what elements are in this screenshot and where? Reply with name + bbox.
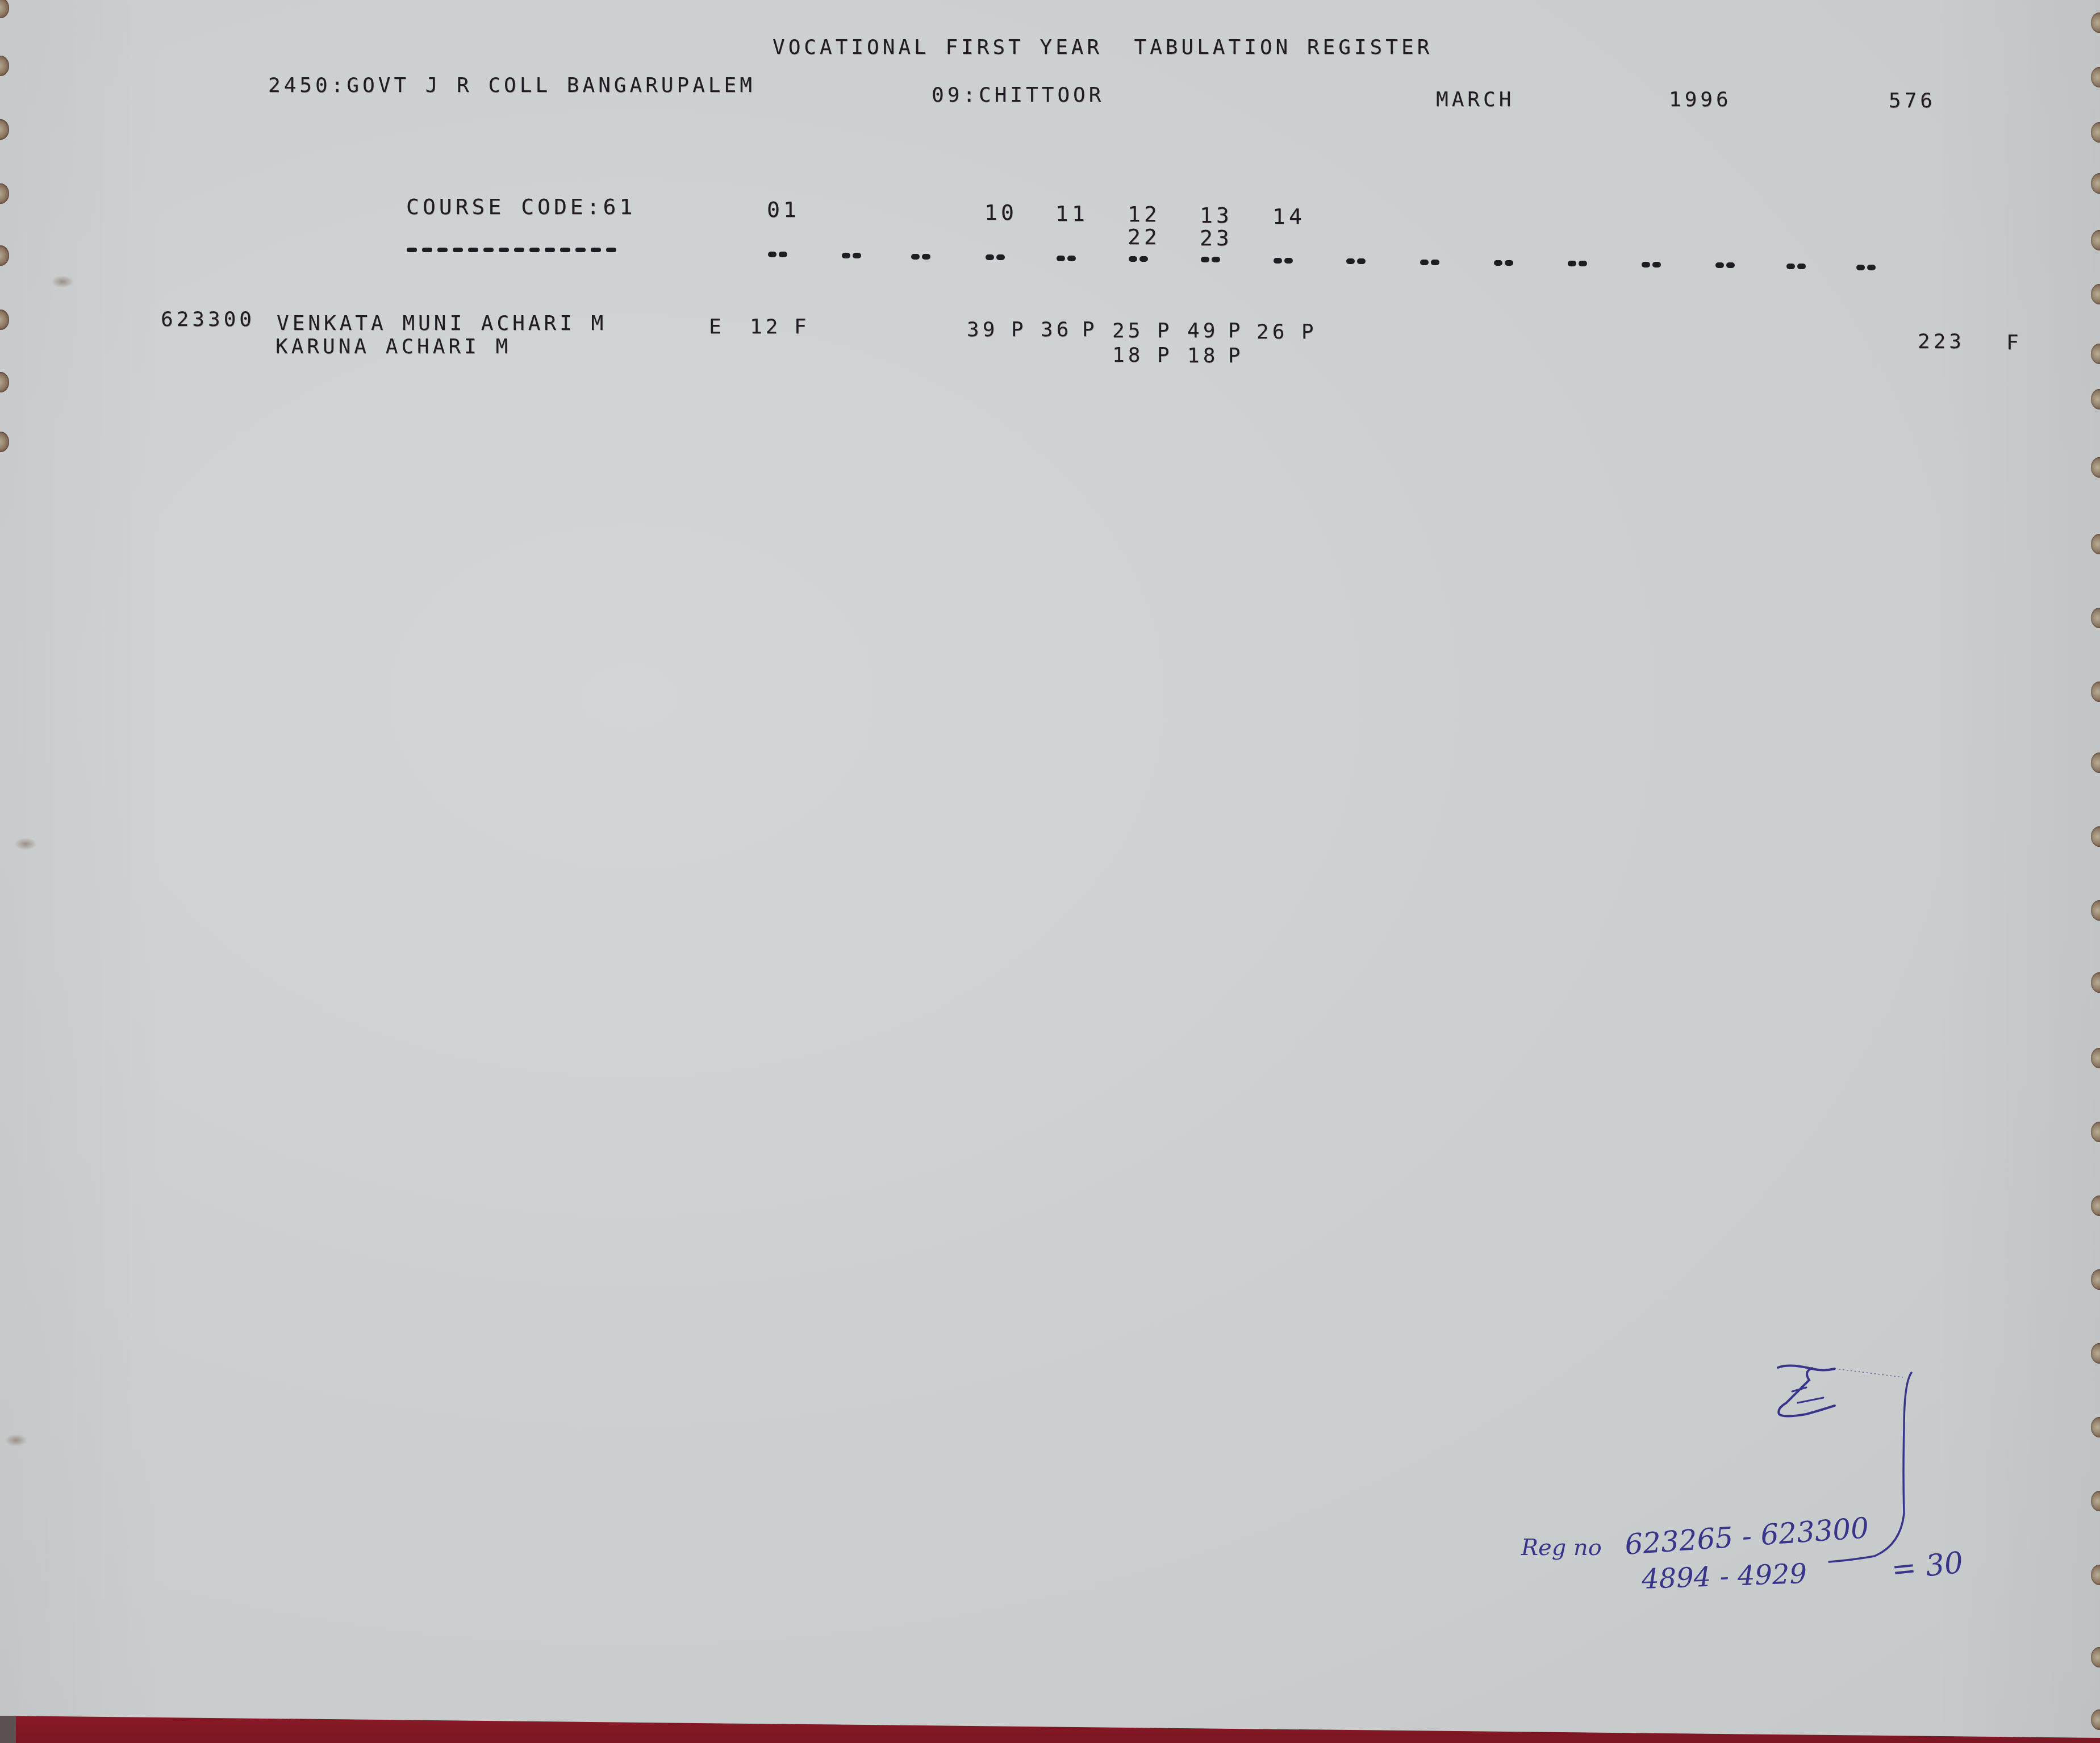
handwritten-reg-label: Reg no	[1521, 1536, 1602, 1559]
hall-ticket-number: 623300	[161, 310, 255, 330]
final-result: F	[2006, 333, 2022, 353]
feed-hole-icon	[2091, 1647, 2100, 1667]
feed-hole-icon	[2091, 12, 2100, 33]
subject-01-result: F	[794, 317, 810, 337]
subject-14-marks: 26	[1256, 322, 1288, 342]
feed-hole-icon	[0, 56, 9, 76]
exam-year: 1996	[1669, 90, 1732, 110]
subject-14-result: P	[1301, 322, 1317, 342]
feed-hole-icon	[2091, 344, 2100, 364]
subject-12-result: P	[1157, 321, 1173, 341]
column-separator	[1057, 256, 1076, 261]
feed-hole-icon	[2091, 682, 2100, 702]
subject-22-marks: 18	[1112, 345, 1143, 366]
feed-hole-icon	[2091, 173, 2100, 194]
page-number: 576	[1889, 91, 1936, 111]
subject-code-01: 01	[767, 199, 800, 220]
feed-hole-icon	[0, 0, 9, 18]
column-separator	[1420, 260, 1439, 265]
feed-hole-icon	[2091, 284, 2100, 304]
subject-code-12: 12	[1128, 203, 1160, 225]
binder-edge	[0, 1709, 2100, 1743]
feed-hole-icon	[2091, 1709, 2100, 1730]
subject-23-marks: 18	[1187, 346, 1218, 366]
feed-hole-icon	[2091, 1048, 2100, 1068]
subject-13-result: P	[1228, 321, 1244, 341]
column-separator	[768, 252, 787, 257]
subject-10-result: P	[1011, 320, 1027, 340]
feed-hole-icon	[0, 119, 9, 140]
course-code-label: COURSE CODE:61	[406, 196, 636, 218]
feed-hole-icon	[0, 432, 9, 452]
feed-hole-icon	[2091, 826, 2100, 847]
subject-22-result: P	[1157, 345, 1173, 366]
course-code-underline	[407, 248, 616, 252]
subject-01-marks: 12	[750, 317, 781, 337]
subject-11-result: P	[1082, 320, 1098, 340]
speck-mark	[51, 275, 74, 288]
handwritten-count: = 30	[1890, 1548, 1965, 1585]
column-separator	[1786, 264, 1806, 269]
register-title: VOCATIONAL FIRST YEAR TABULATION REGISTE…	[773, 37, 1433, 58]
column-separator	[1642, 262, 1661, 267]
feed-hole-icon	[2091, 1269, 2100, 1290]
speck-mark	[5, 1434, 27, 1447]
feed-hole-icon	[2091, 900, 2100, 921]
subject-12-marks: 25	[1112, 321, 1143, 341]
student-name: VENKATA MUNI ACHARI M	[277, 314, 607, 334]
subject-13-marks: 49	[1187, 321, 1218, 341]
subject-code-13: 13	[1200, 204, 1233, 226]
feed-hole-icon	[2091, 122, 2100, 143]
column-separator	[842, 253, 861, 258]
column-separator	[1201, 257, 1220, 262]
feed-hole-icon	[0, 245, 9, 266]
feed-hole-icon	[0, 183, 9, 204]
feed-hole-icon	[2091, 1417, 2100, 1437]
subject-code-22: 22	[1128, 226, 1160, 248]
feed-hole-icon	[2091, 457, 2100, 478]
feed-hole-icon	[2091, 389, 2100, 409]
column-separator	[1274, 258, 1293, 264]
medium: E	[709, 317, 725, 337]
college-name: 2450:GOVT J R COLL BANGARUPALEM	[268, 76, 755, 96]
column-separator	[911, 254, 930, 260]
feed-hole-icon	[2091, 67, 2100, 87]
subject-23-result: P	[1228, 346, 1244, 366]
feed-hole-icon	[2091, 1196, 2100, 1216]
subject-10-marks: 39	[967, 320, 998, 340]
subject-code-14: 14	[1272, 206, 1305, 227]
exam-month: MARCH	[1436, 90, 1514, 110]
feed-hole-icon	[2091, 1122, 2100, 1142]
feed-hole-icon	[0, 372, 9, 392]
feed-hole-icon	[2091, 972, 2100, 993]
tabulation-register-page: VOCATIONAL FIRST YEAR TABULATION REGISTE…	[0, 0, 2100, 1743]
feed-hole-icon	[0, 310, 9, 330]
column-separator	[1346, 258, 1366, 264]
column-separator	[1856, 265, 1876, 270]
total-marks: 223	[1918, 332, 1965, 352]
column-separator	[1129, 256, 1148, 262]
column-separator	[986, 254, 1005, 260]
subject-11-marks: 36	[1041, 320, 1072, 340]
speck-mark	[14, 838, 37, 850]
handwritten-serial-range: 4894 - 4929	[1641, 1560, 1807, 1593]
subject-code-10: 10	[984, 202, 1017, 223]
father-name: KARUNA ACHARI M	[275, 337, 511, 357]
feed-hole-icon	[2091, 753, 2100, 773]
feed-hole-icon	[2091, 1565, 2100, 1585]
column-separator	[1494, 260, 1513, 266]
column-separator	[1715, 262, 1735, 268]
feed-hole-icon	[2091, 1491, 2100, 1511]
column-separator	[1568, 261, 1587, 266]
subject-code-11: 11	[1055, 203, 1088, 224]
subject-code-23: 23	[1200, 227, 1233, 249]
feed-hole-icon	[2091, 608, 2100, 628]
district-name: 09:CHITTOOR	[932, 85, 1104, 106]
feed-hole-icon	[2091, 230, 2100, 250]
feed-hole-icon	[2091, 1343, 2100, 1364]
feed-hole-icon	[2091, 534, 2100, 554]
